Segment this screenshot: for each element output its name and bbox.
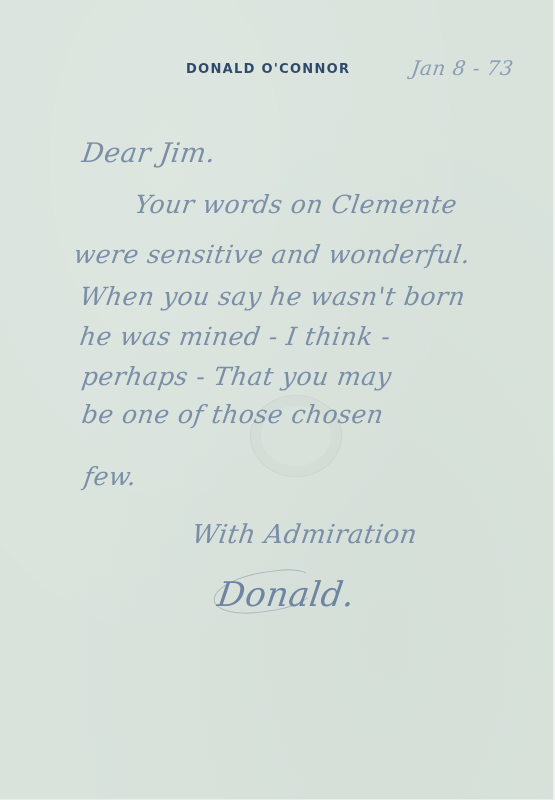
salutation: Dear Jim.: [80, 138, 218, 169]
letter-date: Jan 8 - 73: [410, 56, 515, 80]
body-line-5: perhaps - That you may: [80, 362, 394, 391]
letterhead-name: DONALD O'CONNOR: [186, 62, 350, 77]
body-line-6: be one of those chosen: [80, 400, 386, 429]
body-line-3: When you say he wasn't born: [78, 282, 467, 311]
body-line-7: few.: [82, 462, 139, 491]
signature: Donald.: [215, 575, 357, 615]
body-line-2: were sensitive and wonderful.: [72, 240, 472, 269]
closing: With Admiration: [190, 520, 419, 550]
body-line-1: Your words on Clemente: [133, 190, 459, 219]
letter-page: DONALD O'CONNOR Jan 8 - 73 Dear Jim. You…: [0, 0, 555, 800]
body-line-4: he was mined - I think -: [78, 322, 393, 351]
